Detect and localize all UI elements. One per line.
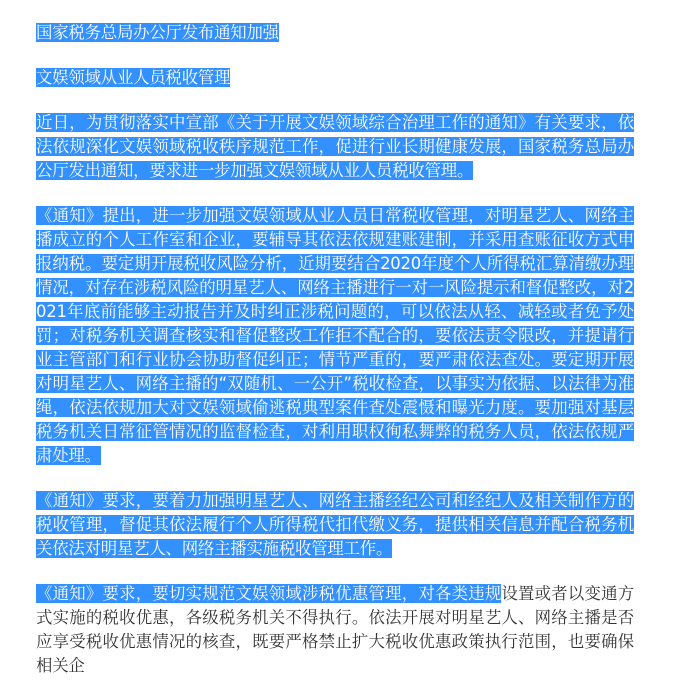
selected-text[interactable]: 文娱领域从业人员税收管理 [36, 68, 230, 87]
article-title-line-2: 文娱领域从业人员税收管理 [36, 66, 634, 90]
article-paragraph-4: 《通知》要求，要切实规范文娱领域涉税优惠管理，对各类违规设置或者以变通方式实施的… [36, 582, 634, 623]
article-body: 国家税务总局办公厅发布通知加强 文娱领域从业人员税收管理 近日，为贯彻落实中宣部… [36, 21, 634, 623]
article-paragraph-1: 近日，为贯彻落实中宣部《关于开展文娱领域综合治理工作的通知》有关要求，依法依规深… [36, 111, 634, 183]
selected-text[interactable]: 《通知》提出，进一步加强文娱领域从业人员日常税收管理，对明星艺人、网络主播成立的… [36, 206, 634, 465]
selected-text[interactable]: 《通知》要求，要着力加强明星艺人、网络主播经纪公司和经纪人及相关制作方的税收管理… [36, 491, 634, 558]
selected-text[interactable]: 《通知》要求，要切实规范文娱领域涉税优惠管理，对各类违规 [36, 584, 501, 603]
selected-text[interactable]: 近日，为贯彻落实中宣部《关于开展文娱领域综合治理工作的通知》有关要求，依法依规深… [36, 113, 634, 180]
selected-text[interactable]: 国家税务总局办公厅发布通知加强 [36, 23, 279, 42]
article-title-line-1: 国家税务总局办公厅发布通知加强 [36, 21, 634, 45]
article-paragraph-2: 《通知》提出，进一步加强文娱领域从业人员日常税收管理，对明星艺人、网络主播成立的… [36, 204, 634, 468]
article-paragraph-3: 《通知》要求，要着力加强明星艺人、网络主播经纪公司和经纪人及相关制作方的税收管理… [36, 489, 634, 561]
